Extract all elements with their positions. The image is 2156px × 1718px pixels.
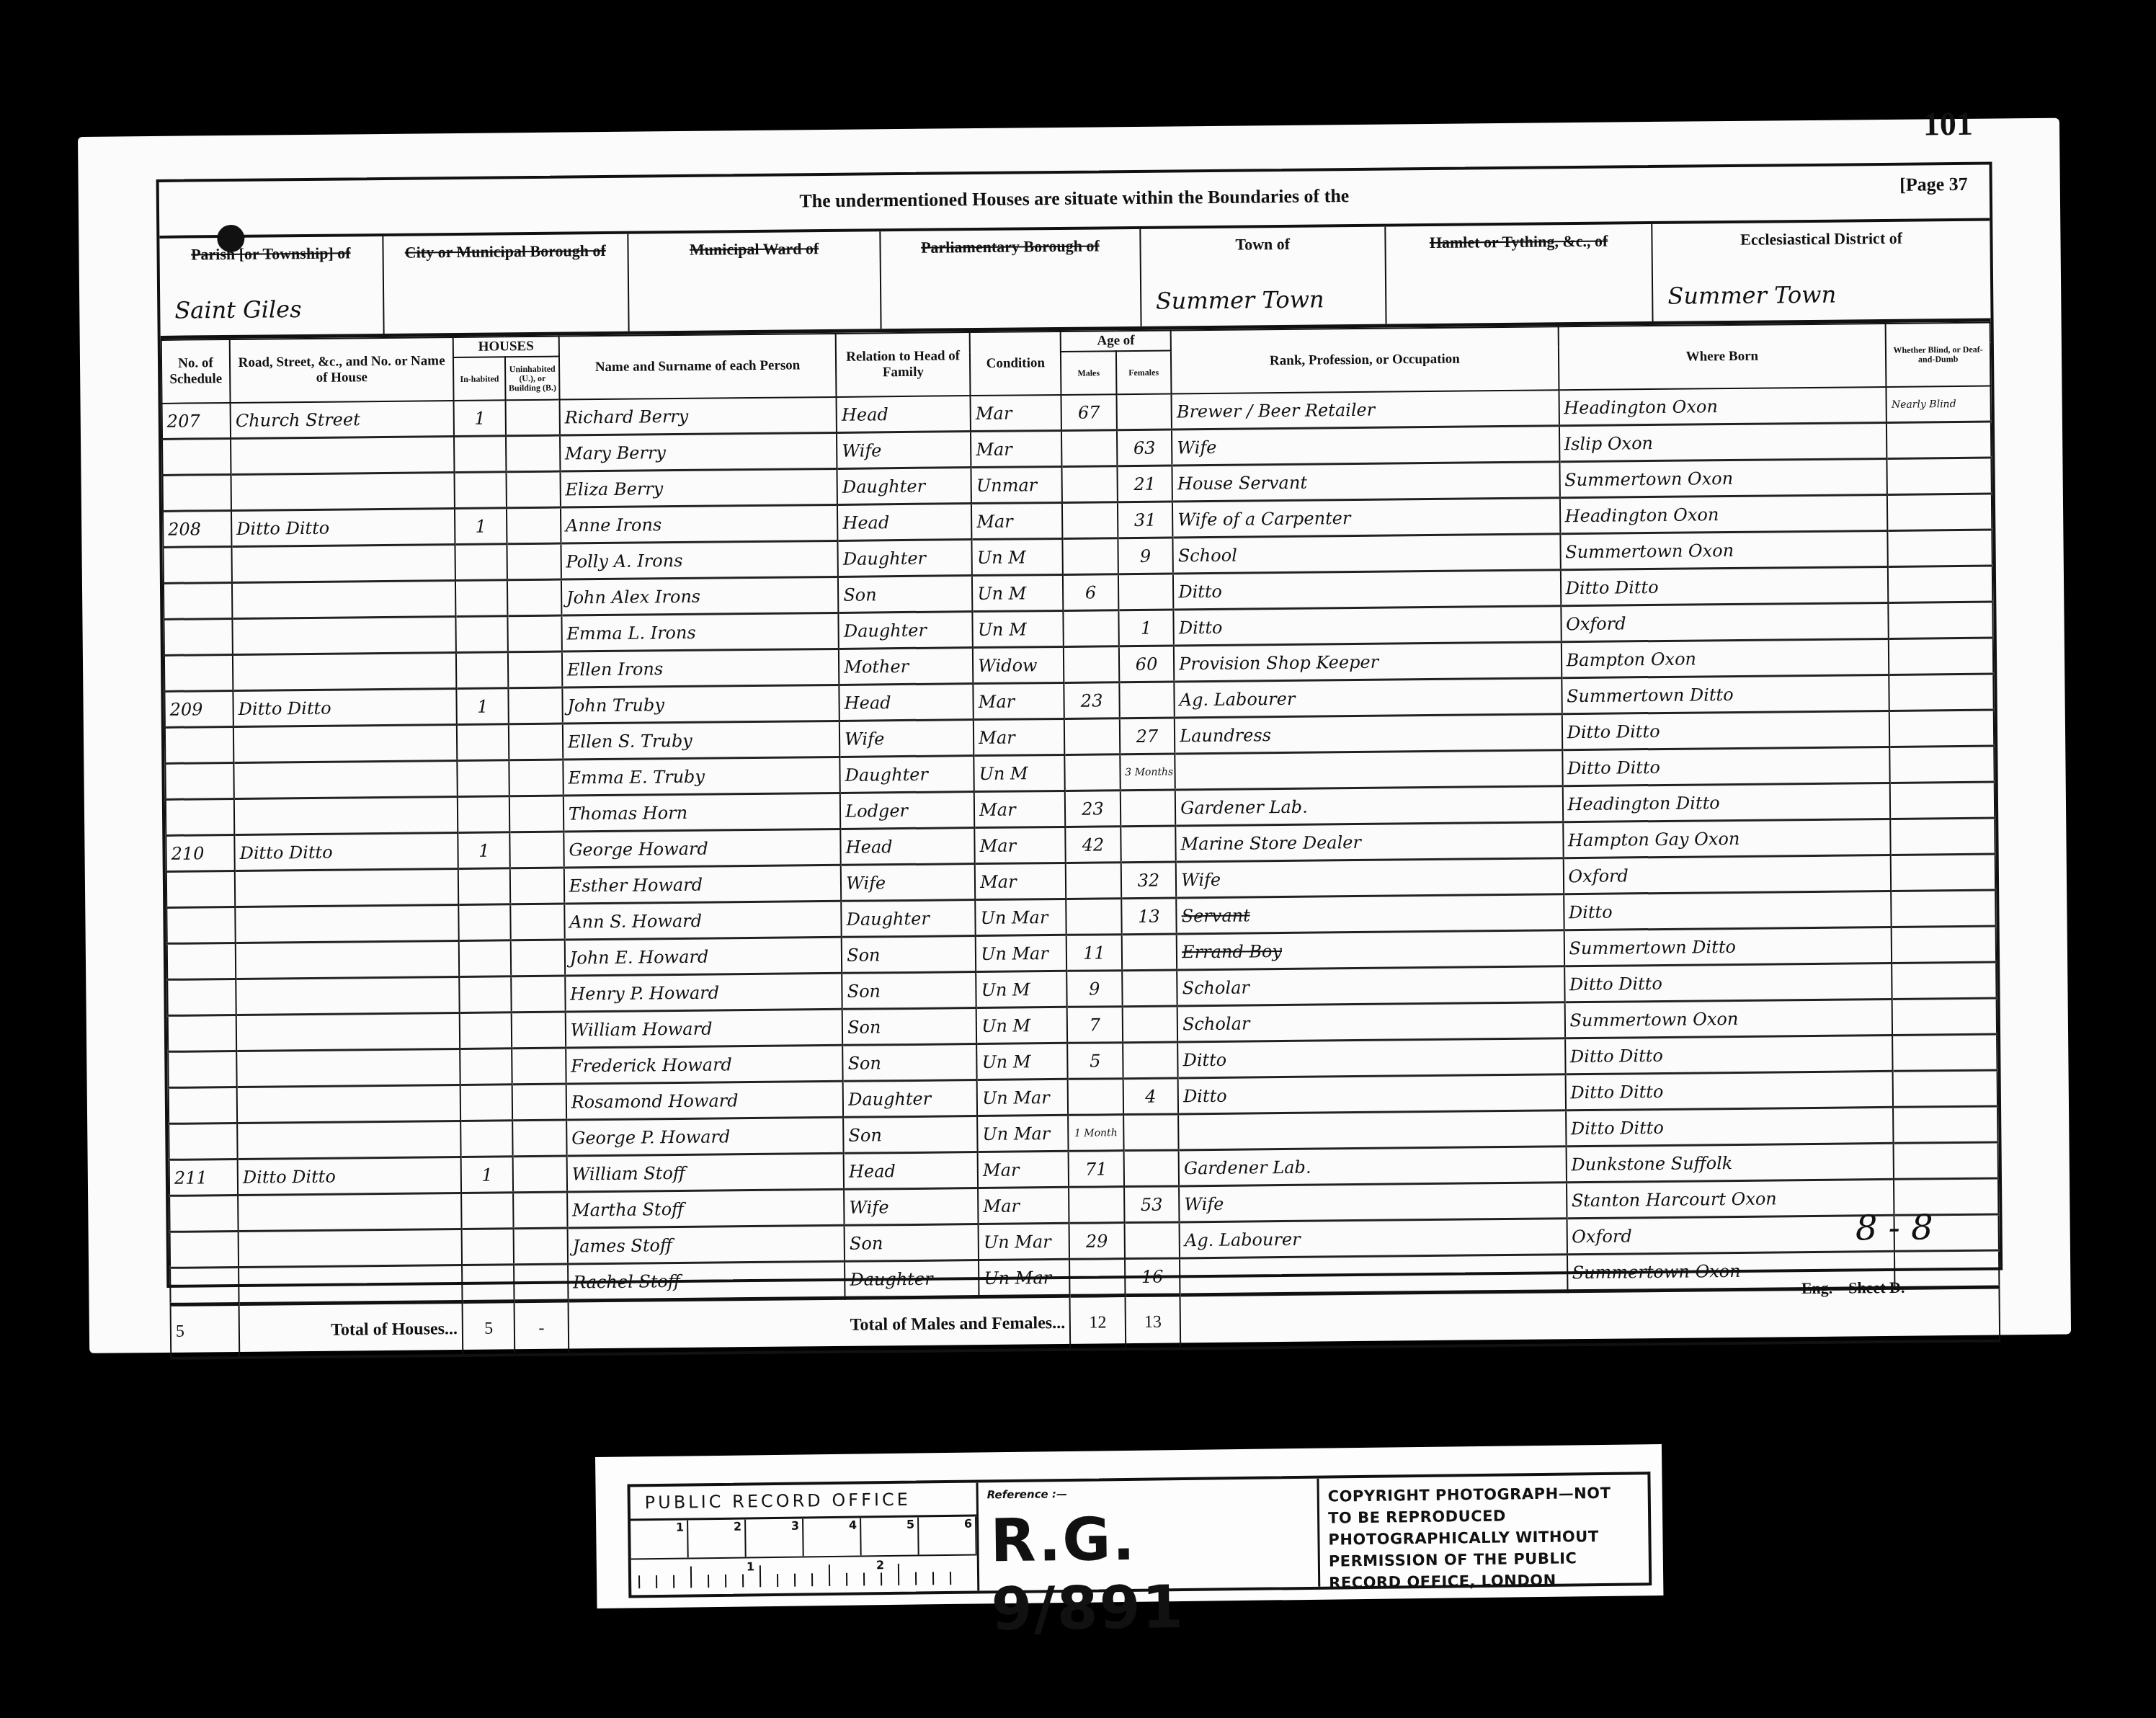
cell-uninhabited [514,1228,568,1265]
cell-schedule [166,798,235,835]
cell-road: Ditto Ditto [238,1157,461,1195]
census-form: The undermentioned Houses are situate wi… [156,162,2003,1288]
cell-female [1122,1006,1177,1043]
cell-schedule [169,1087,238,1123]
cell-male: 7 [1067,1007,1123,1043]
cell-name: Emma E. Truby [563,757,840,796]
cell-condition: Unmar [971,466,1063,503]
total-persons-label: Total of Males and Females... [568,1296,1070,1354]
cell-uninhabited [507,543,561,580]
reference-label: Reference :— [987,1487,1067,1501]
cell-road [232,580,455,618]
cell-uninhabited [511,904,565,940]
total-houses-uninhabited: - [514,1301,569,1355]
cell-condition: Un Mar [977,1115,1069,1152]
ruler-tick [829,1565,830,1586]
cell-uninhabited [509,687,563,724]
cell-female [1116,393,1172,429]
cell-uninhabited [509,796,563,832]
cell-inhabited: 1 [455,508,507,545]
cell-schedule [164,618,233,655]
cell-inhabited [460,1085,513,1121]
cell-schedule [170,1267,239,1304]
cell-name: Martha Stoff [567,1189,845,1228]
col-uninhabited: Uninhabited (U.), or Building (B.) [505,357,559,401]
cell-inhabited [462,1265,514,1302]
cell-born: Oxford [1567,1215,1894,1254]
district-label: Town of [1141,234,1385,255]
cell-female [1123,1114,1179,1151]
cell-blind [1889,710,1994,747]
cell-condition: Mar [978,1151,1069,1188]
cell-blind [1887,494,1992,530]
cell-relation: Son [842,1008,976,1046]
ruler-tick [863,1572,865,1585]
cell-male: 5 [1067,1043,1123,1080]
cell-occupation: Gardener Lab. [1179,1147,1567,1186]
cell-road [234,796,458,834]
col-occupation: Rank, Profession, or Occupation [1171,326,1559,393]
ruler-cm-mark: 5 [861,1518,919,1556]
cell-female: 60 [1119,646,1175,682]
cell-female: 27 [1120,718,1175,755]
cell-female [1121,934,1177,971]
cell-blind [1894,1250,1999,1288]
cell-blind [1892,998,1997,1035]
cell-female: 3 Months [1120,754,1175,791]
ruler-tick [794,1574,796,1587]
ruler-tick [811,1573,813,1586]
office-name: PUBLIC RECORD OFFICE [631,1483,977,1521]
cell-born: Headington Ditto [1562,783,1890,822]
ruler-cm-mark: 2 [688,1519,747,1557]
cell-condition: Un M [976,971,1067,1007]
cell-relation: Lodger [840,792,974,829]
cell-inhabited: 1 [456,688,509,725]
cell-blind [1888,566,1992,602]
cell-schedule [169,1123,238,1160]
cell-name: Henry P. Howard [565,973,842,1012]
cell-name: Emma L. Irons [561,613,839,651]
cell-schedule: 211 [169,1159,239,1196]
ruler-cm-mark: 6 [919,1517,977,1555]
cell-female: 1 [1118,610,1174,646]
cell-blind [1888,530,1992,566]
cell-name: Polly A. Irons [561,540,838,579]
cell-born: Oxford [1561,602,1889,641]
cell-uninhabited [506,435,560,472]
cell-uninhabited [512,976,566,1012]
cell-born: Ditto [1564,891,1892,930]
ruler-tick [638,1575,640,1588]
cell-born: Dunkstone Suffolk [1566,1143,1894,1182]
cell-born: Ditto Ditto [1564,963,1892,1002]
cell-road [236,1012,460,1051]
ruler-tick [881,1572,882,1585]
cell-occupation: School [1173,534,1561,574]
cell-uninhabited [513,1120,567,1157]
total-schedules: 5 [171,1304,240,1358]
cell-born: Ditto Ditto [1562,747,1890,785]
cell-relation: Wife [841,864,975,902]
ruler-inch-mark: 1 [747,1559,754,1573]
copyright-notice: COPYRIGHT PHOTOGRAPH—NOT TO BE REPRODUCE… [1319,1474,1649,1587]
sheet-note: Eng.—Sheet D. [1801,1278,1905,1298]
district-label: Hamlet or Tything, &c., of [1386,231,1651,253]
district-label: Municipal Ward of [628,239,880,259]
reference-number: R.G. 9/891 [990,1503,1319,1644]
ruler-tick [759,1565,761,1587]
cell-schedule: 209 [164,690,233,727]
district-6: Ecclesiastical District ofSummer Town [1652,221,1990,321]
cell-blind [1890,818,1995,855]
cell-male [1062,502,1118,539]
col-name: Name and Surname of each Person [558,334,836,400]
cell-name: Frederick Howard [566,1045,843,1084]
ruler-tick [673,1575,674,1588]
cell-born: Ditto Ditto [1562,711,1889,749]
cell-occupation: Ag. Labourer [1175,678,1562,718]
cell-occupation [1178,1111,1566,1150]
district-value: Saint Giles [174,295,302,324]
cell-born: Stanton Harcourt Oxon [1567,1179,1894,1218]
cell-inhabited [457,724,509,761]
cell-inhabited: 1 [461,1157,514,1193]
col-condition: Condition [970,331,1061,396]
cell-name: Richard Berry [559,397,837,435]
cell-female: 13 [1121,898,1177,935]
cell-inhabited [455,580,508,617]
ruler-tick [846,1573,847,1586]
col-schedule: No. of Schedule [161,339,231,404]
reference-panel: Reference :— R.G. 9/891 [978,1479,1320,1591]
cell-uninhabited [510,868,564,904]
cell-schedule: 208 [163,510,232,547]
cell-male [1062,466,1118,503]
cell-occupation: Errand Boy [1177,930,1564,970]
cell-male: 9 [1066,971,1122,1007]
cell-male [1066,899,1121,935]
cell-female: 32 [1121,862,1176,899]
cell-uninhabited [506,400,560,436]
cell-uninhabited [510,832,564,868]
office-ruler-panel: PUBLIC RECORD OFFICE 123456 12 [631,1483,980,1595]
cell-born: Summertown Ditto [1562,675,1889,713]
col-males: Males [1061,351,1116,395]
cell-schedule [168,1015,237,1051]
cell-condition: Un M [974,755,1065,791]
cell-blind [1892,962,1996,999]
cell-schedule [165,726,234,763]
cell-born: Ditto Ditto [1560,566,1888,605]
cell-condition: Un Mar [977,1079,1069,1116]
total-houses-label: Total of Houses... [239,1301,463,1357]
ruler-cm-mark: 4 [803,1518,862,1556]
census-table: No. of Schedule Road, Street, &c., and N… [161,322,2000,1360]
cell-road: Ditto Ditto [233,688,456,726]
cell-condition: Mar [974,718,1065,755]
col-inhabited: In-habited [453,357,506,401]
cell-uninhabited [514,1264,568,1301]
cell-condition: Un M [973,610,1064,647]
cell-condition: Mar [974,682,1065,719]
cell-male: 23 [1064,682,1120,719]
cell-male [1061,430,1117,467]
cell-male: 23 [1065,791,1121,827]
cell-relation: Wife [844,1188,978,1226]
cell-female: 4 [1123,1078,1178,1115]
ruler-tick [915,1572,917,1585]
cell-male: 29 [1069,1223,1125,1260]
cell-road [233,724,457,762]
cell-occupation: Marine Store Dealer [1175,822,1563,862]
tally-mark: 8 - 8 [1856,1207,1933,1248]
cell-born: Summertown Oxon [1560,530,1888,569]
cell-born: Headington Oxon [1559,494,1887,533]
cell-condition: Un M [972,574,1064,611]
cell-female: 9 [1118,538,1173,574]
district-4: Town ofSummer Town [1141,227,1387,326]
intro-text: The undermentioned Houses are situate wi… [159,179,1990,218]
cell-born: Summertown Ditto [1564,927,1892,966]
cell-road [239,1229,462,1267]
cell-uninhabited [512,1012,566,1049]
cell-male [1069,1187,1124,1224]
cell-name: Rachel Stoff [568,1261,845,1301]
cell-relation: Daughter [838,540,972,577]
cell-inhabited [461,1193,514,1229]
cell-road [236,976,459,1015]
cell-condition: Mar [971,430,1062,467]
cell-uninhabited [509,760,563,796]
cell-inhabited [454,436,507,473]
cell-male: 42 [1066,827,1121,863]
cell-condition: Mar [978,1187,1069,1224]
cell-condition: Un M [972,538,1064,575]
district-value: Summer Town [1667,281,1836,310]
cell-inhabited [458,904,511,941]
cell-occupation: Provision Shop Keeper [1174,642,1562,682]
cell-male: 11 [1066,935,1122,971]
cell-occupation: Ditto [1174,606,1562,646]
col-blind: Whether Blind, or Deaf-and-Dumb [1886,323,1991,387]
cell-male: 1 Month [1068,1115,1123,1152]
cell-condition: Un Mar [979,1259,1070,1296]
cell-name: William Howard [565,1009,842,1048]
cell-blind [1894,1142,1998,1179]
col-relation: Relation to Head of Family [836,332,971,397]
cell-road [235,868,458,907]
cell-relation: Daughter [839,756,974,793]
cell-born: Summertown Oxon [1559,458,1887,497]
cell-inhabited [455,472,507,509]
cell-male [1066,863,1121,899]
cell-uninhabited [508,615,562,652]
cell-relation: Head [844,1152,978,1190]
cell-relation: Daughter [841,900,975,938]
cell-schedule [163,546,232,583]
cell-male [1064,718,1120,755]
cell-born: Headington Oxon [1559,387,1886,426]
cell-schedule [166,907,236,943]
cell-female [1123,1042,1178,1079]
cell-road [233,760,457,798]
cell-condition: Mar [971,395,1062,432]
cell-occupation: Wife of a Carpenter [1172,498,1560,538]
cell-blind [1893,1070,1997,1107]
cell-male [1065,755,1121,791]
cell-female [1119,682,1175,718]
cell-condition: Un Mar [979,1223,1070,1260]
cell-schedule: 210 [166,834,235,871]
cell-relation: Wife [839,720,974,757]
cell-uninhabited [513,1156,567,1193]
cell-occupation: Wife [1176,858,1564,898]
cell-name: Anne Irons [561,504,838,543]
cell-schedule: 207 [162,403,231,439]
cell-relation: Daughter [837,468,971,505]
cell-male: 71 [1069,1151,1124,1188]
cell-condition: Un Mar [975,899,1066,935]
ruler-inch: 12 [631,1556,977,1589]
cell-uninhabited [513,1192,567,1229]
cell-blind [1892,926,1996,963]
cell-road [236,1049,460,1087]
cell-schedule [164,582,233,619]
cell-female [1123,1150,1179,1187]
total-females: 13 [1125,1295,1180,1349]
cell-female: 31 [1118,502,1173,538]
cell-uninhabited [512,1084,566,1121]
record-office-label: PUBLIC RECORD OFFICE 123456 12 Reference… [595,1444,1663,1608]
total-males: 12 [1070,1296,1126,1350]
ruler-tick [950,1572,951,1585]
cell-name: Ellen Irons [562,649,839,687]
district-label: Parliamentary Borough of [881,236,1140,257]
cell-inhabited [460,1049,512,1085]
cell-relation: Head [837,396,971,432]
cell-born: Bampton Oxon [1561,638,1889,677]
cell-name: William Stoff [566,1153,844,1192]
cell-inhabited [455,616,508,653]
cell-occupation: Wife [1179,1183,1567,1222]
ruler-cm-mark: 1 [631,1520,689,1558]
cell-inhabited [462,1229,514,1265]
cell-male: 6 [1063,574,1118,611]
cell-name: George P. Howard [566,1117,844,1156]
cell-blind [1890,782,1995,819]
cell-condition: Un M [976,1007,1068,1043]
cell-female: 63 [1117,429,1172,466]
cell-condition: Un Mar [976,935,1067,971]
col-born: Where Born [1558,324,1886,390]
cell-blind [1886,422,1991,458]
cell-born: Ditto Ditto [1565,1035,1893,1074]
cell-born: Summertown Oxon [1564,999,1892,1038]
cell-name: Eliza Berry [560,468,837,507]
cell-road [233,652,456,690]
cell-name: Thomas Horn [563,793,841,832]
cell-relation: Daughter [845,1260,979,1299]
cell-road [235,904,458,943]
district-1: City or Municipal Borough of [383,234,630,334]
cell-relation: Son [842,1044,976,1082]
col-age: Age of [1061,330,1171,351]
cell-inhabited [459,976,512,1013]
district-label: Parish [or Township] of [159,244,382,264]
total-houses-inhabited: 5 [463,1301,515,1356]
cell-occupation: Scholar [1177,966,1564,1006]
cell-occupation: Ditto [1178,1074,1566,1114]
col-houses: HOUSES [453,337,559,357]
ruler-inch-mark: 2 [876,1558,884,1572]
cell-road [232,545,455,583]
cell-blind: Nearly Blind [1886,386,1991,423]
cell-inhabited [458,796,510,833]
cell-occupation: Wife [1172,426,1559,466]
cell-inhabited [455,544,508,581]
cell-uninhabited [509,724,563,760]
cell-name: Ann S. Howard [564,901,842,940]
cell-schedule [167,943,236,979]
cell-inhabited [456,652,509,689]
cell-relation: Son [838,576,972,613]
ruler-tick [898,1564,899,1585]
cell-schedule [170,1231,239,1268]
cell-road: Ditto Ditto [234,832,458,871]
district-5: Hamlet or Tything, &c., of [1386,224,1654,324]
cell-blind [1889,746,1994,783]
district-3: Parliamentary Borough of [881,229,1142,329]
ruler-cm: 123456 [631,1517,977,1560]
cell-road [231,437,454,475]
cell-uninhabited [507,579,561,616]
cell-male [1064,646,1119,683]
cell-female: 21 [1117,466,1172,502]
cell-road [232,616,455,654]
ruler-cm-mark: 3 [746,1518,804,1557]
cell-road [239,1265,462,1304]
ruler-tick [708,1575,709,1588]
ruler-tick [777,1574,778,1587]
census-page: 101 The undermentioned Houses are situat… [78,118,2071,1353]
cell-uninhabited [512,1048,566,1085]
cell-female [1120,790,1175,827]
cell-born: Ditto Ditto [1565,1071,1893,1110]
cell-male [1068,1079,1123,1116]
cell-blind [1893,1106,1997,1143]
cell-relation: Daughter [839,612,973,649]
cell-female: 16 [1125,1258,1180,1296]
ruler-tick [656,1575,657,1588]
cell-born: Islip Oxon [1559,422,1886,461]
cell-inhabited [460,1121,513,1157]
cell-road [237,1085,460,1123]
cell-inhabited: 1 [454,400,507,436]
ruler-tick [932,1572,934,1585]
cell-occupation: House Servant [1172,462,1560,502]
cell-relation: Daughter [843,1080,977,1118]
cell-inhabited [458,868,511,905]
cell-inhabited [457,760,509,797]
cell-relation: Son [843,1116,977,1154]
cell-blind [1889,602,1993,638]
cell-occupation: Ag. Labourer [1180,1219,1567,1258]
cell-schedule [166,871,236,907]
cell-inhabited [460,1012,512,1049]
cell-blind [1891,890,1995,927]
cell-condition: Un M [976,1043,1068,1080]
